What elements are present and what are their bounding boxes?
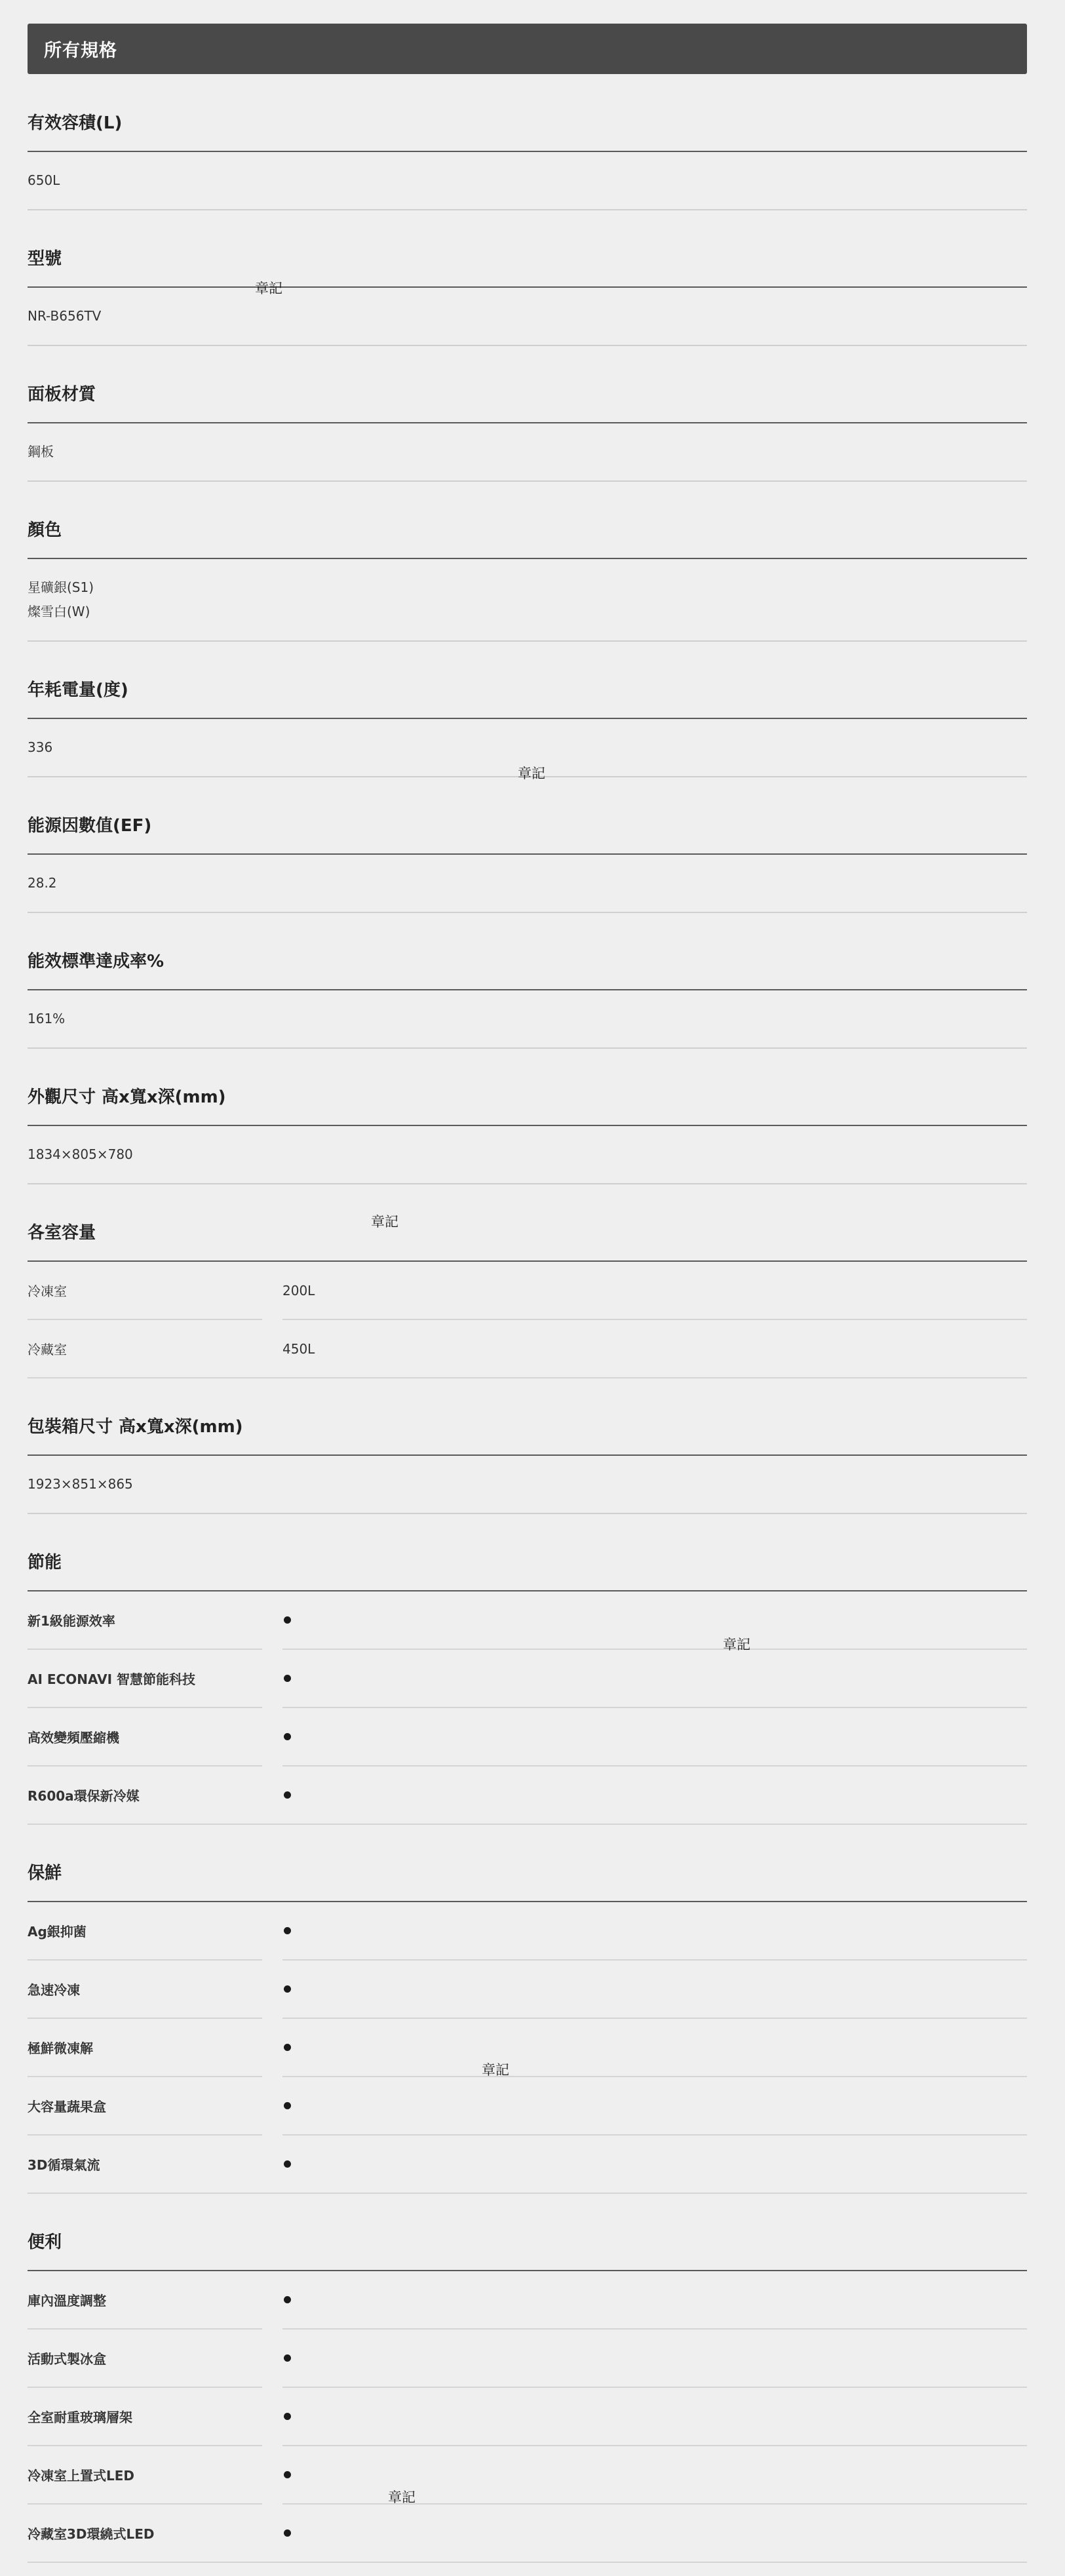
row-label: 活動式製冰盒 bbox=[28, 2330, 262, 2388]
table-row: 全室耐重玻璃層架 bbox=[28, 2388, 1027, 2446]
spec-section-freshness: 保鮮 Ag銀抑菌 急速冷凍 極鮮微凍解 大容量蔬 bbox=[28, 1842, 1027, 2194]
table-row: 活動式製冰盒 bbox=[28, 2330, 1027, 2388]
row-value: 450L bbox=[282, 1320, 1027, 1378]
section-title: 型號 bbox=[28, 245, 62, 269]
value-text: 650L bbox=[28, 168, 1027, 193]
row-value bbox=[282, 1650, 1027, 1708]
section-value: 1923×851×865 bbox=[28, 1456, 1027, 1514]
section-title: 顏色 bbox=[28, 517, 62, 541]
row-value bbox=[282, 1591, 1027, 1650]
value-text: 28.2 bbox=[28, 871, 1027, 895]
row-label: AI ECONAVI 智慧節能科技 bbox=[28, 1650, 262, 1708]
section-heading: 各室容量 bbox=[28, 1201, 1027, 1262]
table-row: R600a環保新冷媒 bbox=[28, 1766, 1027, 1825]
bullet-icon bbox=[284, 1985, 291, 1993]
spec-table: 新1級能源效率 AI ECONAVI 智慧節能科技 高效變頻壓縮機 R600a環… bbox=[28, 1591, 1027, 1825]
section-title: 包裝箱尺寸 高x寬x深(mm) bbox=[28, 1413, 243, 1437]
value-text: 燦雪白(W) bbox=[28, 600, 1027, 624]
bullet-icon bbox=[284, 2529, 291, 2537]
value-text: 1834×805×780 bbox=[28, 1142, 1027, 1167]
page-title: 所有規格 bbox=[44, 36, 117, 62]
row-label: 冷藏室3D環繞式LED bbox=[28, 2505, 262, 2563]
section-heading: 保鮮 bbox=[28, 1842, 1027, 1902]
bullet-icon bbox=[284, 2413, 291, 2420]
section-heading: 包裝箱尺寸 高x寬x深(mm) bbox=[28, 1395, 1027, 1456]
row-value bbox=[282, 1766, 1027, 1825]
table-row: 庫內溫度調整 bbox=[28, 2271, 1027, 2330]
section-heading: 面板材質 bbox=[28, 363, 1027, 423]
section-heading: 外觀尺寸 高x寬x深(mm) bbox=[28, 1066, 1027, 1126]
bullet-icon bbox=[284, 2354, 291, 2362]
section-title: 有效容積(L) bbox=[28, 109, 122, 134]
row-label: 急速冷凍 bbox=[28, 1961, 262, 2019]
bullet-icon bbox=[284, 1733, 291, 1740]
row-label: 新1級能源效率 bbox=[28, 1591, 262, 1650]
table-row: 冷凍室 200L bbox=[28, 1262, 1027, 1320]
watermark-text: 章記 bbox=[518, 766, 545, 781]
row-label: R600a環保新冷媒 bbox=[28, 1766, 262, 1825]
row-value bbox=[282, 2330, 1027, 2388]
bullet-icon bbox=[284, 1927, 291, 1934]
spec-section-annual-power: 年耗電量(度) 336 bbox=[28, 659, 1027, 777]
row-value bbox=[282, 2019, 1027, 2077]
watermark-text: 章記 bbox=[482, 2062, 509, 2078]
table-row: AI ECONAVI 智慧節能科技 bbox=[28, 1650, 1027, 1708]
row-label: 高效變頻壓縮機 bbox=[28, 1708, 262, 1766]
spec-section-compartment-capacity: 各室容量 冷凍室 200L 冷藏室 450L bbox=[28, 1201, 1027, 1378]
watermark-text: 章記 bbox=[723, 1637, 750, 1652]
row-label: Ag銀抑菌 bbox=[28, 1902, 262, 1961]
row-value bbox=[282, 1902, 1027, 1961]
section-heading: 有效容積(L) bbox=[28, 92, 1027, 152]
section-title: 便利 bbox=[28, 2229, 62, 2253]
section-heading: 便利 bbox=[28, 2211, 1027, 2271]
section-value: 650L bbox=[28, 152, 1027, 210]
table-row: Ag銀抑菌 bbox=[28, 1902, 1027, 1961]
row-label: 大容量蔬果盒 bbox=[28, 2077, 262, 2136]
row-label: 極鮮微凍解 bbox=[28, 2019, 262, 2077]
row-label: 全室耐重玻璃層架 bbox=[28, 2388, 262, 2446]
section-heading: 顏色 bbox=[28, 499, 1027, 559]
section-title: 節能 bbox=[28, 1549, 62, 1573]
watermark-text: 章記 bbox=[371, 1214, 398, 1230]
bullet-icon bbox=[284, 2471, 291, 2478]
section-title: 年耗電量(度) bbox=[28, 676, 128, 701]
spec-section-panel-material: 面板材質 鋼板 bbox=[28, 363, 1027, 482]
section-title: 能源因數值(EF) bbox=[28, 812, 151, 836]
section-value: 1834×805×780 bbox=[28, 1126, 1027, 1184]
bullet-icon bbox=[284, 1675, 291, 1682]
section-value: 161% bbox=[28, 990, 1027, 1049]
row-label: 庫內溫度調整 bbox=[28, 2271, 262, 2330]
bullet-icon bbox=[284, 2044, 291, 2051]
section-heading: 能源因數值(EF) bbox=[28, 794, 1027, 855]
value-text: 星礦銀(S1) bbox=[28, 576, 1027, 600]
section-heading: 節能 bbox=[28, 1531, 1027, 1591]
bullet-icon bbox=[284, 1791, 291, 1799]
spec-section-package-dimensions: 包裝箱尺寸 高x寬x深(mm) 1923×851×865 bbox=[28, 1395, 1027, 1514]
watermark-text: 章記 bbox=[255, 281, 282, 296]
section-title: 各室容量 bbox=[28, 1219, 96, 1243]
table-row: 冷藏室 450L bbox=[28, 1320, 1027, 1378]
spec-table: Ag銀抑菌 急速冷凍 極鮮微凍解 大容量蔬果盒 bbox=[28, 1902, 1027, 2194]
spec-section-capacity: 有效容積(L) 650L bbox=[28, 92, 1027, 210]
table-row: 3D循環氣流 bbox=[28, 2136, 1027, 2194]
table-row: 冷凍室上置式LED bbox=[28, 2446, 1027, 2505]
table-row: 冷藏室3D環繞式LED bbox=[28, 2505, 1027, 2563]
value-text: 161% bbox=[28, 1007, 1027, 1031]
table-row: 新1級能源效率 bbox=[28, 1591, 1027, 1650]
row-label: 冷凍室上置式LED bbox=[28, 2446, 262, 2505]
value-text: 336 bbox=[28, 735, 1027, 760]
value-text: 鋼板 bbox=[28, 440, 1027, 464]
row-value bbox=[282, 2505, 1027, 2563]
bullet-icon bbox=[284, 1616, 291, 1624]
table-row: 高效變頻壓縮機 bbox=[28, 1708, 1027, 1766]
row-label: 冷凍室 bbox=[28, 1262, 262, 1320]
value-text: 1923×851×865 bbox=[28, 1472, 1027, 1496]
section-value: 星礦銀(S1) 燦雪白(W) bbox=[28, 559, 1027, 642]
section-heading: 能效標準達成率% bbox=[28, 930, 1027, 990]
spec-sections: 有效容積(L) 650L 型號 NR-B656TV 面板材質 鋼板 顏色 星礦銀… bbox=[28, 92, 1027, 2563]
table-row: 大容量蔬果盒 bbox=[28, 2077, 1027, 2136]
section-value: 鋼板 bbox=[28, 423, 1027, 482]
section-title: 外觀尺寸 高x寬x深(mm) bbox=[28, 1083, 226, 1108]
section-title: 能效標準達成率% bbox=[28, 948, 164, 972]
spec-section-convenience: 便利 庫內溫度調整 活動式製冰盒 全室耐重玻璃層架 bbox=[28, 2211, 1027, 2563]
row-value bbox=[282, 1961, 1027, 2019]
section-title: 面板材質 bbox=[28, 381, 96, 405]
spec-section-energy-saving: 節能 新1級能源效率 AI ECONAVI 智慧節能科技 高效變頻壓縮機 bbox=[28, 1531, 1027, 1825]
spec-section-model: 型號 NR-B656TV bbox=[28, 227, 1027, 346]
row-label: 冷藏室 bbox=[28, 1320, 262, 1378]
table-row: 急速冷凍 bbox=[28, 1961, 1027, 2019]
section-title: 保鮮 bbox=[28, 1860, 62, 1884]
spec-container: 所有規格 有效容積(L) 650L 型號 NR-B656TV 面板材質 鋼板 顏… bbox=[28, 24, 1027, 2576]
bullet-icon bbox=[284, 2102, 291, 2109]
page-header: 所有規格 bbox=[28, 24, 1027, 74]
row-value bbox=[282, 2077, 1027, 2136]
table-row: 極鮮微凍解 bbox=[28, 2019, 1027, 2077]
spec-section-color: 顏色 星礦銀(S1) 燦雪白(W) bbox=[28, 499, 1027, 642]
row-value bbox=[282, 1708, 1027, 1766]
spec-section-efficiency-rate: 能效標準達成率% 161% bbox=[28, 930, 1027, 1049]
value-text: NR-B656TV bbox=[28, 304, 1027, 328]
row-value bbox=[282, 2271, 1027, 2330]
section-value: 28.2 bbox=[28, 855, 1027, 913]
row-value bbox=[282, 2388, 1027, 2446]
spec-section-dimensions: 外觀尺寸 高x寬x深(mm) 1834×805×780 bbox=[28, 1066, 1027, 1184]
section-heading: 型號 bbox=[28, 227, 1027, 288]
row-label: 3D循環氣流 bbox=[28, 2136, 262, 2194]
bullet-icon bbox=[284, 2296, 291, 2303]
bullet-icon bbox=[284, 2160, 291, 2168]
spec-table: 庫內溫度調整 活動式製冰盒 全室耐重玻璃層架 冷凍室上置式LED bbox=[28, 2271, 1027, 2563]
watermark-text: 章記 bbox=[388, 2489, 416, 2505]
spec-table: 冷凍室 200L 冷藏室 450L bbox=[28, 1262, 1027, 1378]
section-value: NR-B656TV bbox=[28, 288, 1027, 346]
row-value bbox=[282, 2136, 1027, 2194]
spec-section-energy-factor: 能源因數值(EF) 28.2 bbox=[28, 794, 1027, 913]
row-value: 200L bbox=[282, 1262, 1027, 1320]
section-heading: 年耗電量(度) bbox=[28, 659, 1027, 719]
